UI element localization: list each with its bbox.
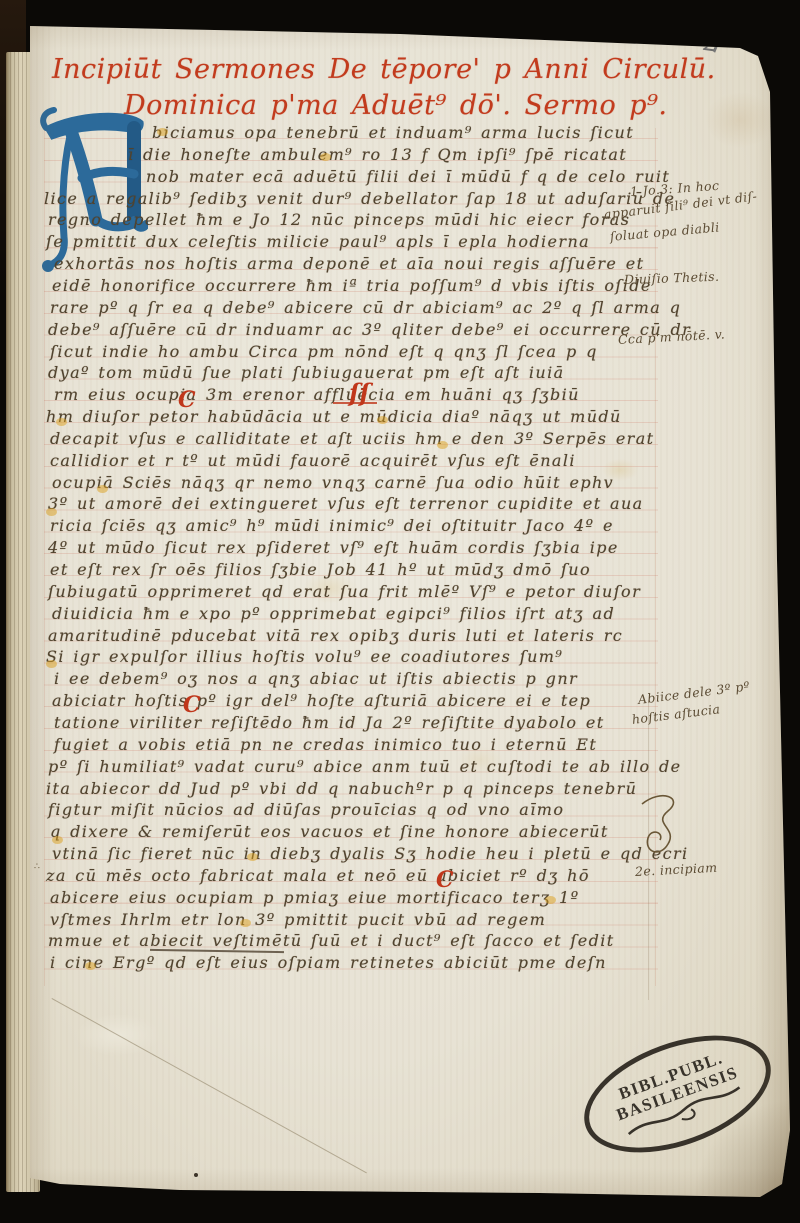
manuscript-line: figtur miſit nūcios ad diūſas prouīcias …	[48, 800, 564, 820]
manuscript-line: fugiet a vobis etiā pn ne credas inimico…	[54, 735, 597, 755]
ink-speck	[194, 1173, 198, 1177]
manuscript-line: nob mater ecā aduētū filii dei ī mūdū f …	[146, 167, 670, 187]
manuscript-line: pº ſi humiliat⁹ vadat curu⁹ abice anm tu…	[48, 757, 682, 777]
manuscript-line: ſicut indie ho ambu Circa pm nōnd eſt q …	[50, 342, 598, 362]
red-paragraph-mark: C	[178, 389, 196, 411]
manuscript-line: Si igr expulſor illius hoſtis volu⁹ ee c…	[46, 647, 563, 667]
red-paragraph-mark: C	[183, 694, 201, 716]
yellow-highlight-dab	[320, 153, 331, 161]
manuscript-line: rare pº q ſr ea q debe⁹ abicere cū dr ab…	[50, 298, 681, 318]
manuscript-line: tatione viriliter reſiſtēdo ħm id Ja 2º …	[54, 713, 605, 733]
manuscript-line: i cine Ergº qd eſt eius oſpiam retinetes…	[50, 953, 607, 973]
manuscript-line: regno depellet ħm e Jo 12 nūc pinceps mū…	[48, 210, 630, 230]
parchment-crease	[52, 998, 367, 1173]
yellow-highlight-dab	[377, 416, 388, 424]
manuscript-photo: Incipiūt Sermones De tēpore' p Anni Circ…	[0, 0, 800, 1223]
manuscript-line: i ee debem⁹ oʒ nos a qnʒ abiac ut iſtis …	[54, 669, 578, 689]
manuscript-line: 4º ut mūdo ſicut rex pſideret vſ⁹ eſt hu…	[48, 538, 619, 558]
yellow-highlight-dab	[85, 962, 96, 970]
red-underline	[333, 402, 377, 404]
manuscript-line: dyaº tom mūdū ſue plati ſubiugauerat pm …	[48, 363, 565, 383]
manuscript-line: ricia ſciēs qʒ amic⁹ h⁹ mūdi inimic⁹ dei…	[50, 516, 614, 536]
manuscript-line: amaritudinē pducebat vitā rex opibʒ duri…	[48, 626, 623, 646]
yellow-highlight-dab	[240, 919, 251, 927]
yellow-highlight-dab	[157, 128, 168, 136]
manuscript-line: q dixere & remiſerūt eos vacuos et ſine …	[50, 822, 609, 842]
rubric-heading-line2: Dominica p'ma Aduēt⁹ dō'. Sermo p⁹.	[124, 90, 668, 121]
yellow-highlight-dab	[545, 896, 556, 904]
manuscript-line: ocupiā Sciēs nāqʒ qr nemo vnqʒ carnē ſua…	[52, 473, 614, 493]
manuscript-line: lice a regalib⁹ ſedibʒ venit dur⁹ debell…	[44, 189, 675, 209]
parchment-page: Incipiūt Sermones De tēpore' p Anni Circ…	[0, 0, 800, 1223]
manuscript-line: abiciatr hoſtis pº igr del⁹ hoſte aſturi…	[52, 691, 591, 711]
manuscript-line: debe⁹ aſſuēre cū dr induamr ac 3º qliter…	[48, 320, 691, 340]
manuscript-line: vtinā ſic fieret nūc in diebʒ dyalis Sʒ …	[52, 844, 689, 864]
manuscript-line: exhortās nos hoſtis arma deponē et aīa n…	[54, 254, 644, 274]
manuscript-line: decapit vſus e calliditate et aſt uciis …	[50, 429, 655, 449]
manuscript-line: ſe pmittit dux celeſtis milicie paul⁹ ap…	[46, 232, 590, 252]
manuscript-line: hm diuſor petor habūdācia ut e mūdicia d…	[46, 407, 622, 427]
manuscript-line: za cū mēs octo fabricat mala et neō eū a…	[46, 866, 590, 886]
red-paragraph-mark: C	[436, 869, 454, 891]
manuscript-line: vſtmes Ihrlm etr lon 3º pmittit pucit vb…	[50, 910, 546, 930]
manuscript-line: biciamus opa tenebrū et induam⁹ arma luc…	[152, 123, 634, 143]
manuscript-line: abicere eius ocupiam p pmiaʒ eiue mortif…	[50, 888, 580, 908]
yellow-highlight-dab	[52, 836, 63, 844]
manuscript-line: callidior et r tº ut mūdi fauorē acquirē…	[50, 451, 576, 471]
yellow-highlight-dab	[97, 485, 108, 493]
rubric-heading-line1: Incipiūt Sermones De tēpore' p Anni Circ…	[52, 54, 716, 85]
library-stamp: BIBL.PUBL. BASILEENSIS	[568, 1013, 786, 1176]
manuscript-line: eidē honorifice occurrere ħm iª tria poſ…	[52, 276, 652, 296]
manuscript-line: ſubiugatū opprimeret qd erat ſua frit ml…	[48, 582, 641, 602]
manuscript-line: diuidicia ħm e xpo pº opprimebat egipci⁹…	[52, 604, 615, 624]
yellow-highlight-dab	[247, 853, 258, 861]
yellow-highlight-dab	[437, 441, 448, 449]
margin-note: Diuiſio Thetis.	[624, 269, 720, 287]
manuscript-line: ī die honeſte ambulem⁹ ro 13 f Qm ipſi⁹ …	[128, 145, 627, 165]
manuscript-line: mmue et abiecit veſtimētū ſuū et i duct⁹…	[48, 931, 615, 951]
manuscript-line: ita abiecor dd Jud pº vbi dd q nabuchºr …	[46, 779, 637, 799]
manuscript-line: rm eius ocupia 3m erenor affluēcia em hu…	[54, 385, 580, 405]
folio-number: 2	[702, 27, 722, 58]
yellow-highlight-dab	[46, 660, 57, 668]
pen-trial-flourish-icon	[636, 788, 700, 860]
margin-dots: ∴	[34, 862, 40, 872]
yellow-highlight-dab	[56, 418, 67, 426]
manuscript-line: et eſt rex ſr oēs filios ſʒbie Job 41 hº…	[50, 560, 591, 580]
manuscript-line: 3º ut amorē dei extingueret vſus eſt ter…	[48, 494, 644, 514]
yellow-highlight-dab	[46, 508, 57, 516]
